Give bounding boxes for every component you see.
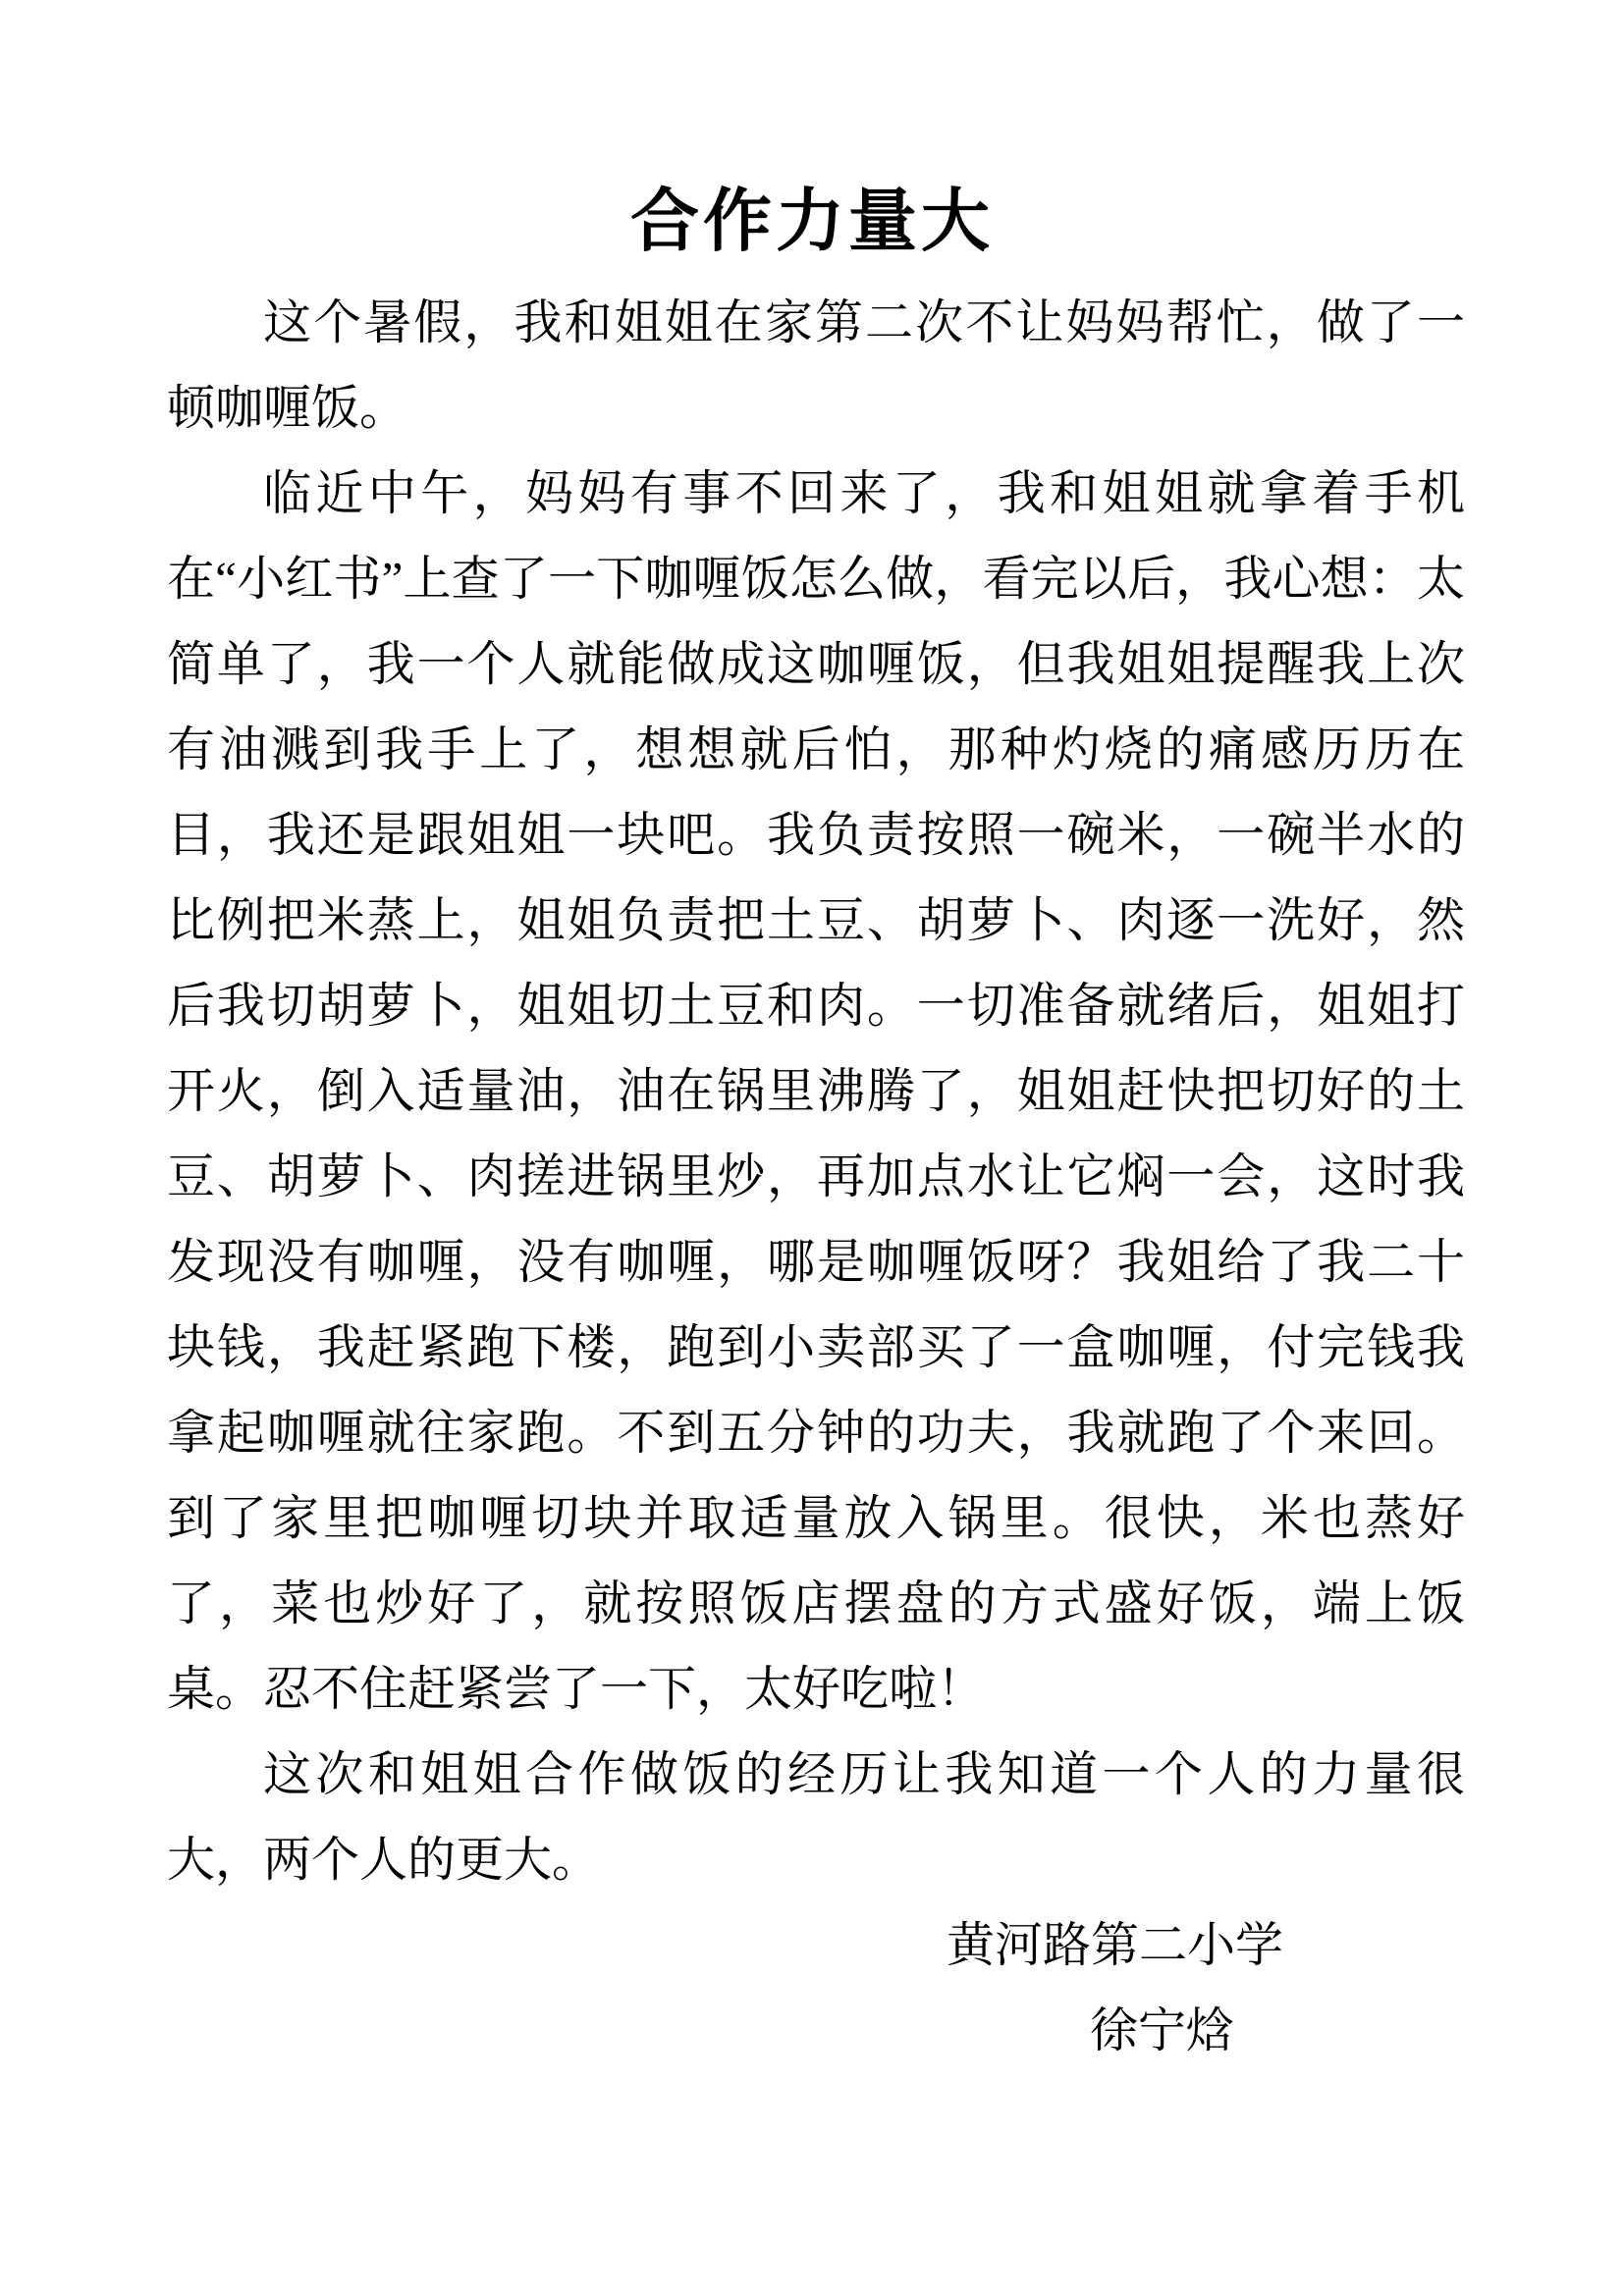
signature-author: 徐宁焓 — [167, 1988, 1465, 2073]
paragraph-1: 这个暑假，我和姐姐在家第二次不让妈妈帮忙，做了一顿咖喱饭。 — [167, 280, 1465, 451]
paragraph-3: 这次和姐姐合作做饭的经历让我知道一个人的力量很大，两个人的更大。 — [167, 1732, 1465, 1902]
paragraph-2: 临近中午，妈妈有事不回来了，我和姐姐就拿着手机在“小红书”上查了一下咖喱饭怎么做… — [167, 451, 1465, 1732]
document-page: 合作力量大 这个暑假，我和姐姐在家第二次不让妈妈帮忙，做了一顿咖喱饭。 临近中午… — [0, 0, 1624, 2296]
signature-school: 黄河路第二小学 — [167, 1902, 1465, 1988]
signature-block: 黄河路第二小学 徐宁焓 — [167, 1902, 1465, 2073]
essay-body: 这个暑假，我和姐姐在家第二次不让妈妈帮忙，做了一顿咖喱饭。 临近中午，妈妈有事不… — [167, 280, 1465, 2073]
essay-title: 合作力量大 — [163, 169, 1461, 277]
